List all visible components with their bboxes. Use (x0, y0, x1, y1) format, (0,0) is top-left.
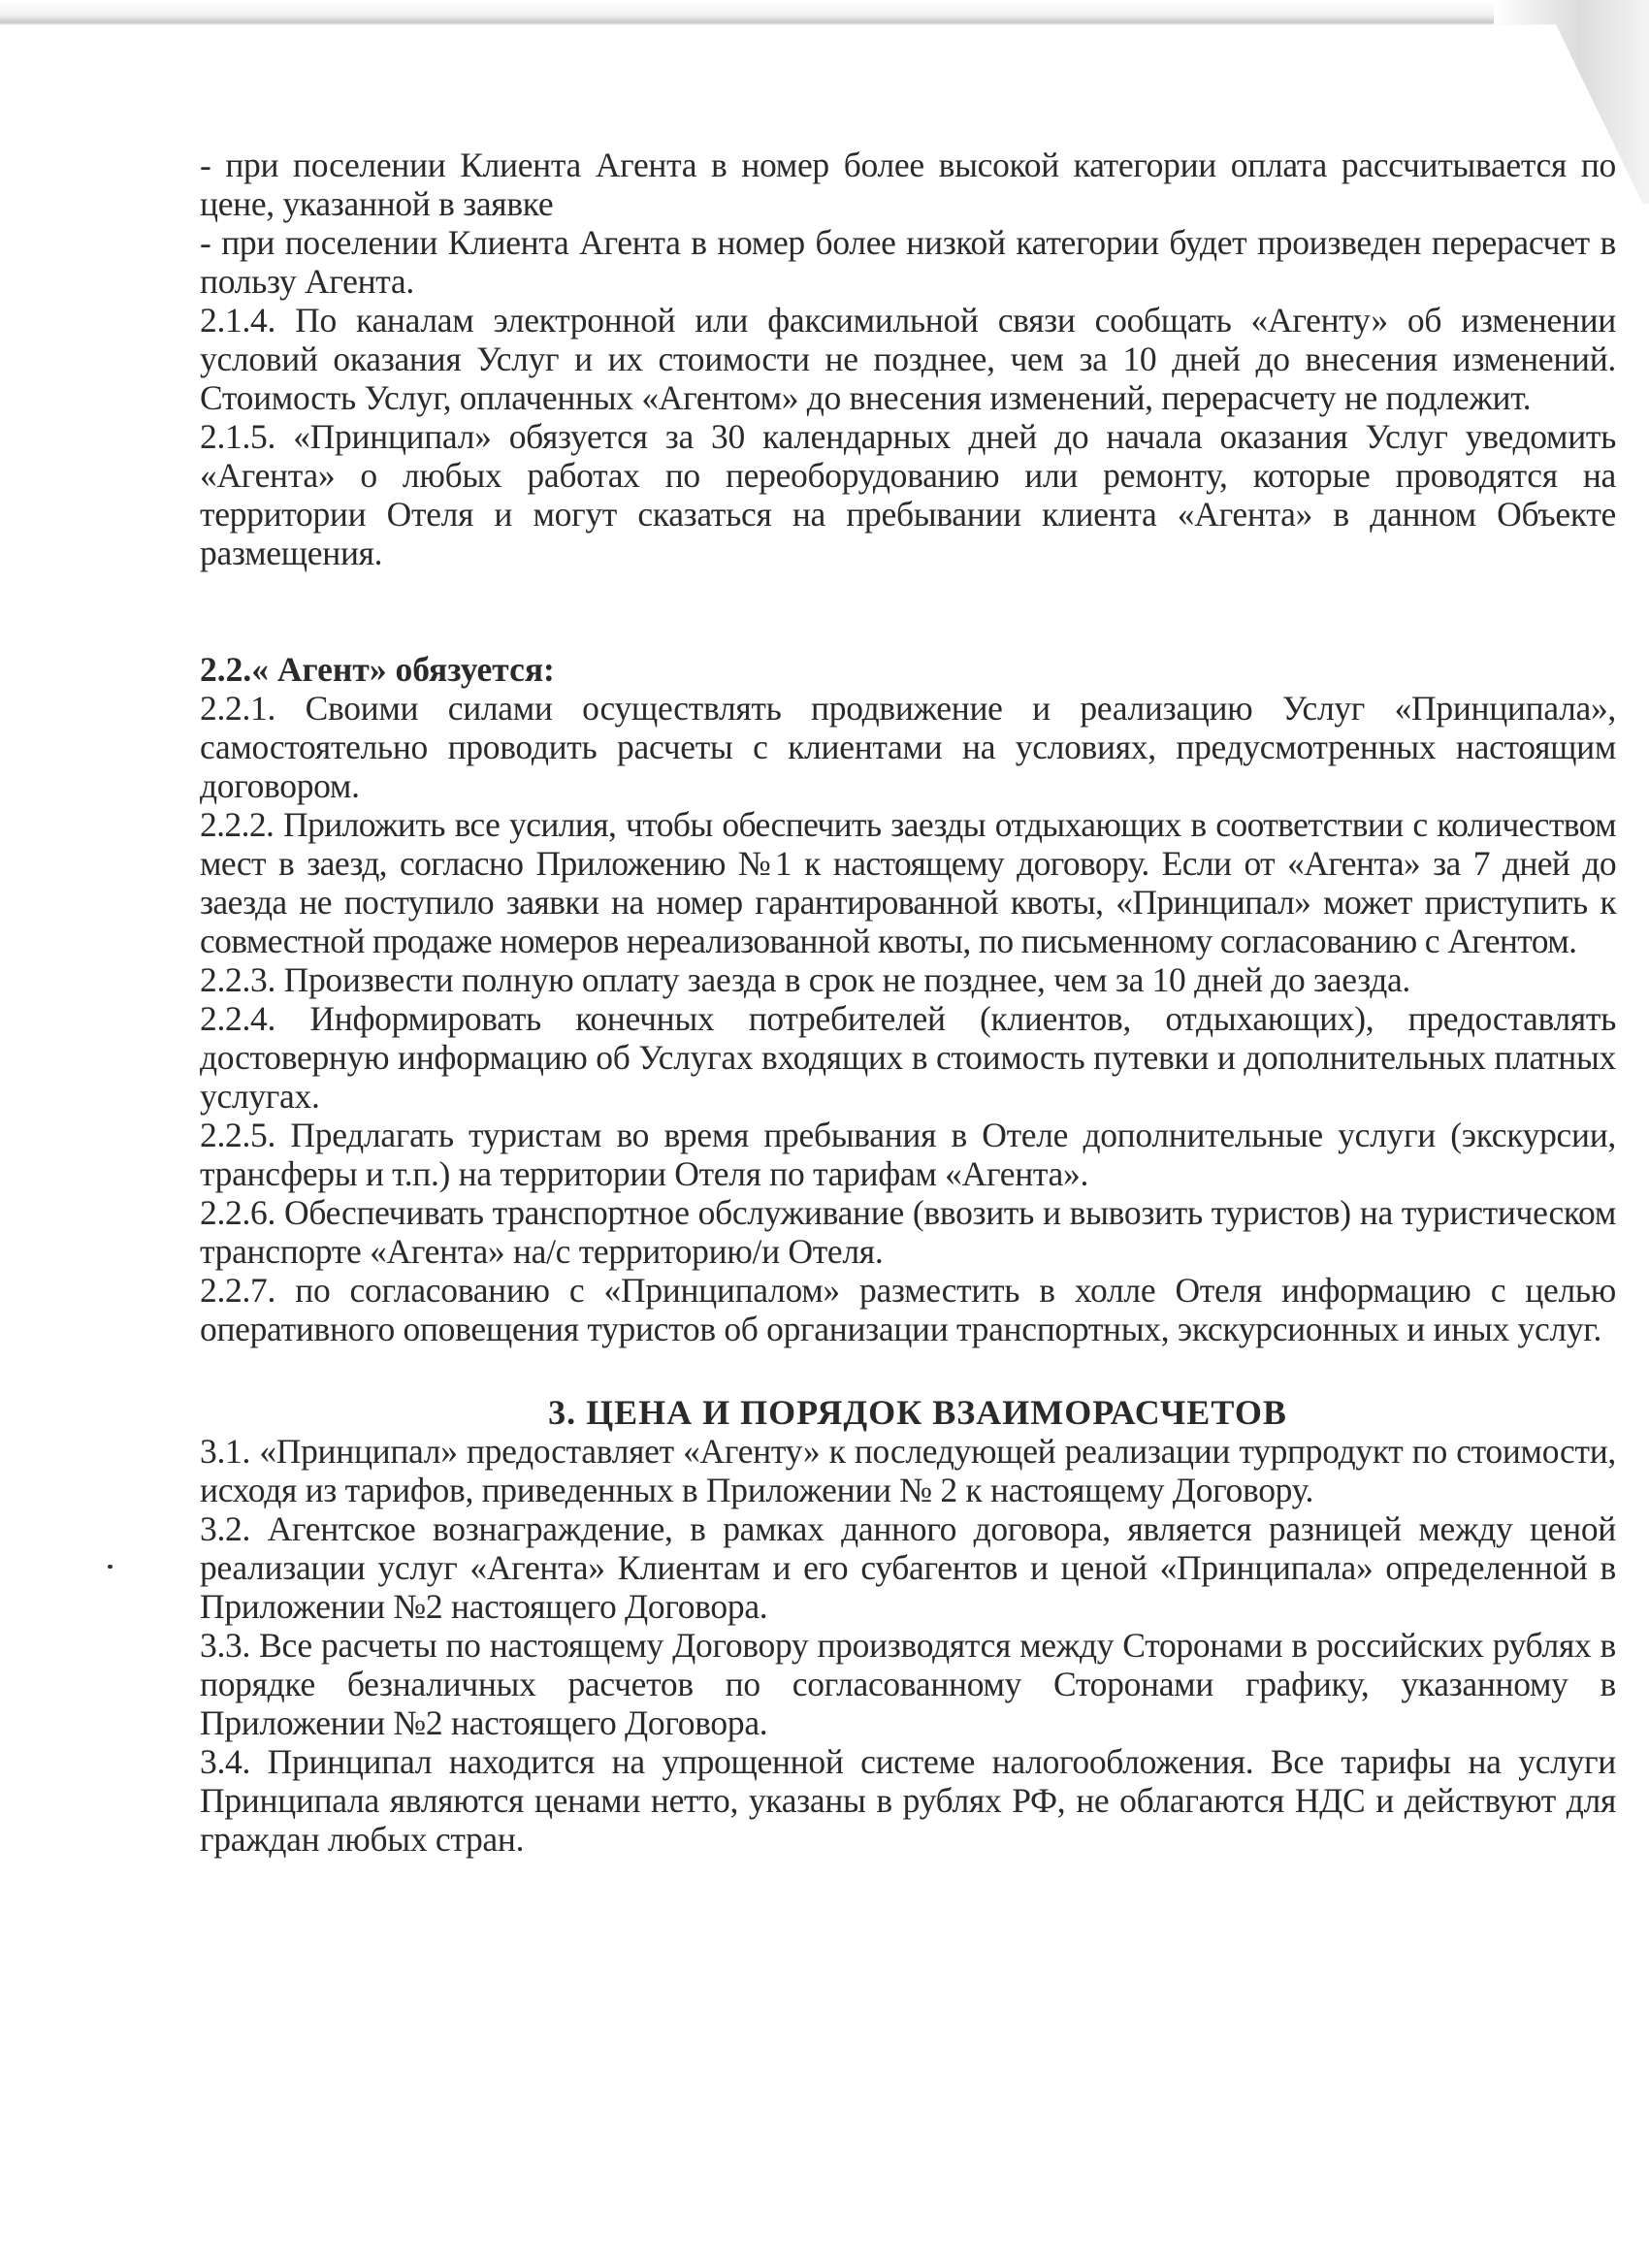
spacer (200, 1348, 1616, 1393)
clause-2-2-3: 2.2.3. Произвести полную оплату заезда в… (200, 960, 1616, 999)
paragraph-higher-category: - при поселении Клиента Агента в номер б… (200, 146, 1616, 223)
scan-speck (108, 1565, 113, 1569)
clause-2-1-5: 2.1.5. «Принципал» обязуется за 30 кален… (200, 417, 1616, 572)
paragraph-lower-category: - при поселении Клиента Агента в номер б… (200, 223, 1616, 301)
clause-2-1-4: 2.1.4. По каналам электронной или факсим… (200, 301, 1616, 417)
section-2-2-heading: 2.2.« Агент» обязуется: (200, 650, 1616, 689)
clause-3-4: 3.4. Принципал находится на упрощенной с… (200, 1742, 1616, 1859)
clause-2-2-1: 2.2.1. Своими силами осуществлять продви… (200, 689, 1616, 805)
clause-2-2-6: 2.2.6. Обеспечивать транспортное обслужи… (200, 1193, 1616, 1271)
scanned-page: - при поселении Клиента Агента в номер б… (0, 0, 1649, 2268)
page-edge-shadow (0, 0, 1533, 25)
clause-2-2-7: 2.2.7. по согласованию с «Принципалом» р… (200, 1271, 1616, 1348)
clause-2-2-5: 2.2.5. Предлагать туристам во время преб… (200, 1116, 1616, 1193)
spacer (200, 572, 1616, 650)
document-body: - при поселении Клиента Агента в номер б… (200, 146, 1616, 1859)
clause-2-2-2: 2.2.2. Приложить все усилия, чтобы обесп… (200, 805, 1616, 960)
clause-2-2-4: 2.2.4. Информировать конечных потребител… (200, 999, 1616, 1116)
clause-3-2: 3.2. Агентское вознаграждение, в рамках … (200, 1509, 1616, 1626)
section-3-title: 3. ЦЕНА И ПОРЯДОК ВЗАИМОРАСЧЕТОВ (200, 1393, 1616, 1432)
clause-3-1: 3.1. «Принципал» предоставляет «Агенту» … (200, 1432, 1616, 1509)
clause-3-3: 3.3. Все расчеты по настоящему Договору … (200, 1626, 1616, 1742)
